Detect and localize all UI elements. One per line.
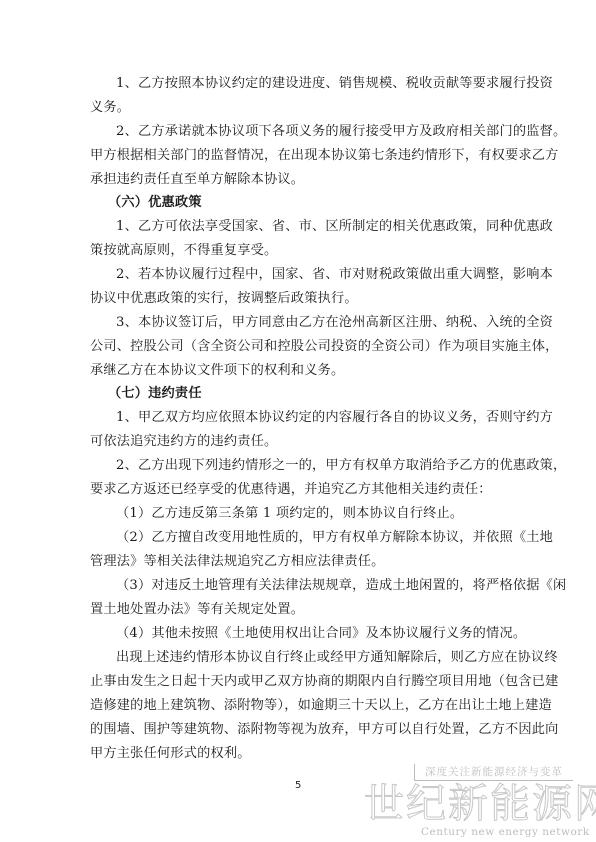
text-line: 置土地处置办法》等有关规定处置。 [90,602,510,618]
page-number: 5 [295,780,301,791]
watermark-subtitle: Century new energy network [421,826,590,838]
text-line: 甲方主张任何形式的权利。 [90,746,510,762]
text-line: 承继乙方在本协议文件项下的权利和义务。 [90,363,510,379]
text-line: 1、乙方按照本协议约定的建设进度、销售规模、税收贡献等要求履行投资 [116,76,510,92]
text-line: （2）乙方擅自改变用地性质的，甲方有权单方解除本协议，并依照《土地 [116,530,510,546]
text-line: 义务。 [90,100,510,116]
text-line: 甲方根据相关部门的监督情况，在出现本协议第七条违约情形下，有权要求乙方 [90,148,510,164]
document-page: 1、乙方按照本协议约定的建设进度、销售规模、税收贡献等要求履行投资义务。2、乙方… [0,0,596,842]
text-line: 3、本协议签订后，甲方同意由乙方在沧州高新区注册、纳税、入统的全资 [116,315,510,331]
section-heading: （六）优惠政策 [108,195,528,211]
text-line: 1、乙方可依法享受国家、省、市、区所制定的相关优惠政策，同种优惠政 [116,219,510,235]
section-heading: （七）违约责任 [108,386,528,402]
text-line: 可依法追究违约方的违约责任。 [90,434,510,450]
watermark-slogan: 深度关注新能源经济与变革 [414,764,573,781]
text-line: （1）乙方违反第三条第 1 项约定的，则本协议自行终止。 [116,506,510,522]
watermark-title: 世纪新能源网 [364,782,596,826]
text-line: 造修建的地上建筑物、添附物等），如逾期三十天以上，乙方在出让土地上建造 [90,698,510,714]
text-line: 管理法》等相关法律法规追究乙方相应法律责任。 [90,554,510,570]
text-line: 承担违约责任直至单方解除本协议。 [90,172,510,188]
text-line: 2、乙方承诺就本协议项下各项义务的履行接受甲方及政府相关部门的监督。 [116,124,510,140]
text-line: 止事由发生之日起十天内或甲乙双方协商的期限内自行腾空项目用地（包含已建 [90,674,510,690]
text-line: 的围墙、围护等建筑物、添附物等视为放弃，甲方可以自行处置，乙方不因此向 [90,722,510,738]
text-line: 2、若本协议履行过程中，国家、省、市对财税政策做出重大调整，影响本 [116,267,510,283]
text-line: 公司、控股公司（含全资公司和控股公司投资的全资公司）作为项目实施主体， [90,339,510,355]
text-line: 协议中优惠政策的实行，按调整后政策执行。 [90,291,510,307]
text-line: 策按就高原则，不得重复享受。 [90,243,510,259]
text-line: 1、甲乙双方均应依照本协议约定的内容履行各自的协议义务，否则守约方 [116,410,510,426]
text-line: （3）对违反土地管理有关法律法规规章，造成土地闲置的，将严格依据《闲 [116,578,510,594]
text-line: 2、乙方出现下列违约情形之一的，甲方有权单方取消给予乙方的优惠政策， [116,458,510,474]
text-line: 出现上述违约情形本协议自行终止或经甲方通知解除后，则乙方应在协议终 [116,650,510,666]
text-line: 要求乙方返还已经享受的优惠待遇，并追究乙方其他相关违约责任： [90,482,510,498]
text-line: （4）其他未按照《土地使用权出让合同》及本协议履行义务的情况。 [116,626,510,642]
